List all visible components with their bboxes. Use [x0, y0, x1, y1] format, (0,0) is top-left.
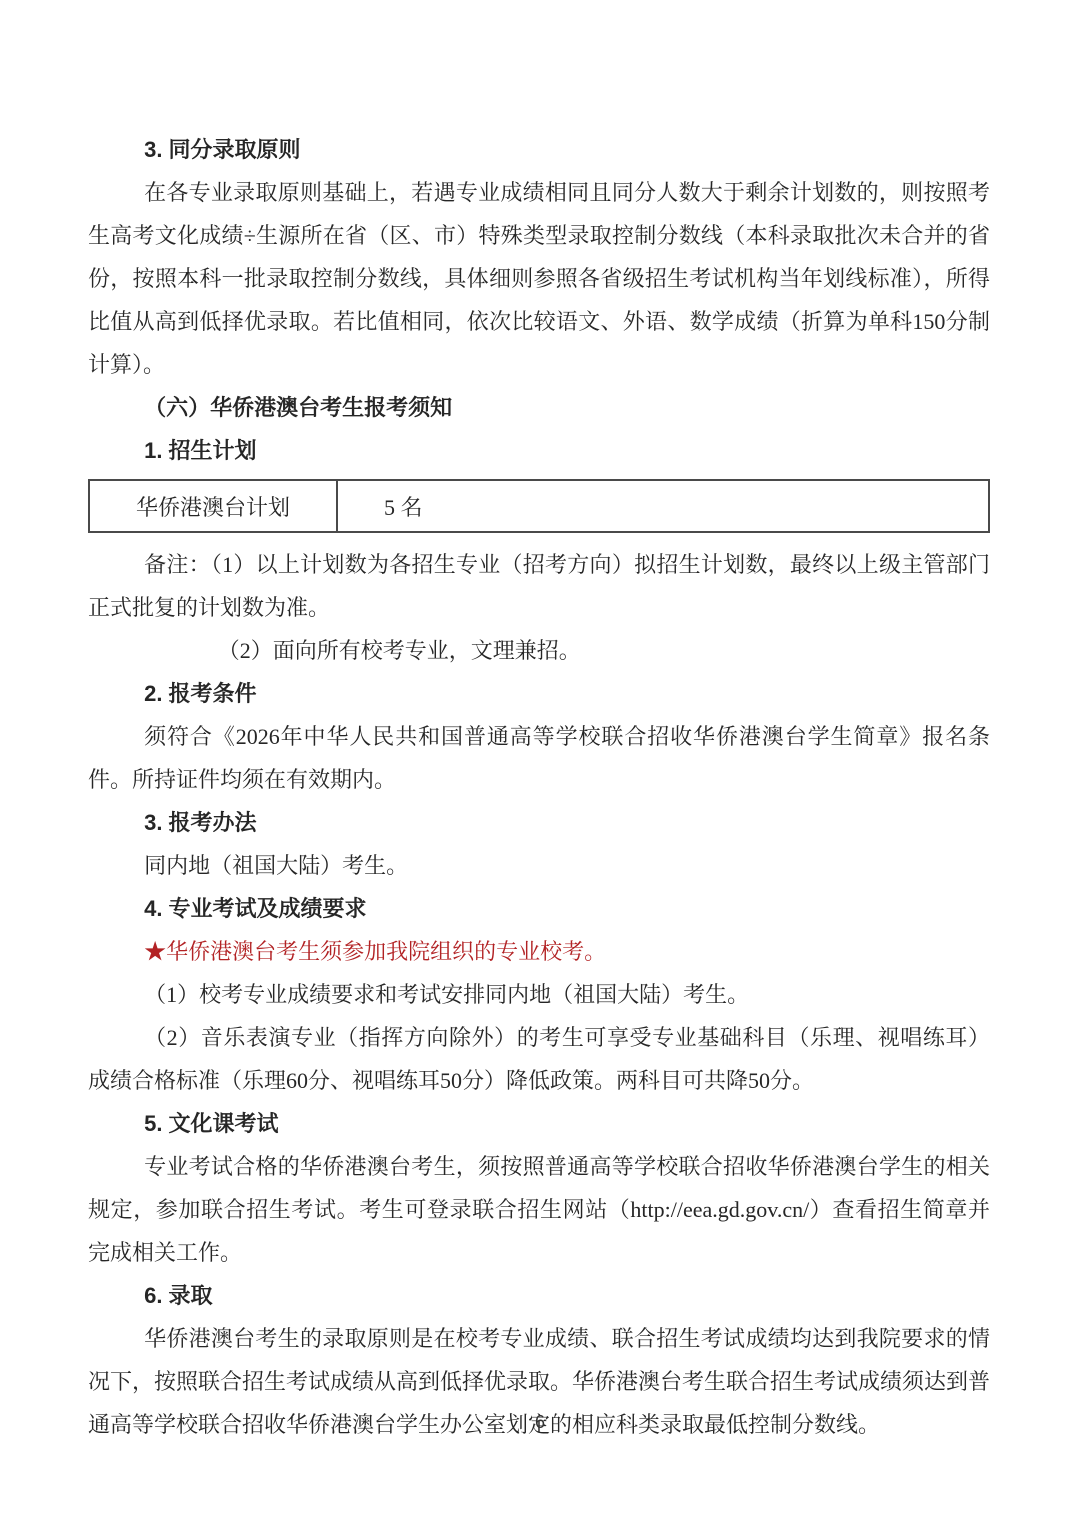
paragraph-exam-item-2: （2）音乐表演专业（指挥方向除外）的考生可享受专业基础科目（乐理、视唱练耳）成绩…	[88, 1016, 990, 1102]
paragraph-application-requirements: 须符合《2026年中华人民共和国普通高等学校联合招收华侨港澳台学生简章》报名条件…	[88, 715, 990, 801]
subsection-heading-admission: 6. 录取	[88, 1274, 990, 1317]
table-row: 华侨港澳台计划 5 名	[89, 480, 989, 532]
paragraph-culture-exam: 专业考试合格的华侨港澳台考生，须按照普通高等学校联合招收华侨港澳台学生的相关规定…	[88, 1145, 990, 1274]
subsection-heading-exam-requirements: 4. 专业考试及成绩要求	[88, 887, 990, 930]
paragraph-exam-item-1: （1）校考专业成绩要求和考试安排同内地（祖国大陆）考生。	[88, 973, 990, 1016]
section-heading-hmt-notice: （六）华侨港澳台考生报考须知	[88, 386, 990, 429]
subsection-heading-enrollment-plan: 1. 招生计划	[88, 429, 990, 472]
table-cell-plan-value: 5 名	[337, 480, 989, 532]
paragraph-same-score-rule: 在各专业录取原则基础上，若遇专业成绩相同且同分人数大于剩余计划数的，则按照考生高…	[88, 171, 990, 386]
enrollment-plan-table: 华侨港澳台计划 5 名	[88, 479, 990, 533]
subsection-heading-application-requirements: 2. 报考条件	[88, 672, 990, 715]
paragraph-star-highlight: ★华侨港澳台考生须参加我院组织的专业校考。	[88, 930, 990, 973]
subsection-heading-culture-exam: 5. 文化课考试	[88, 1102, 990, 1145]
paragraph-note-1: 备注：（1）以上计划数为各招生专业（招考方向）拟招生计划数，最终以上级主管部门正…	[88, 543, 990, 629]
paragraph-application-method: 同内地（祖国大陆）考生。	[88, 844, 990, 887]
document-page: { "colors": { "highlight_red": "#b22224"…	[0, 0, 1080, 1527]
subsection-heading-application-method: 3. 报考办法	[88, 801, 990, 844]
table-cell-plan-label: 华侨港澳台计划	[89, 480, 337, 532]
page-number: 6	[0, 1412, 1080, 1433]
section-heading-same-score-rule: 3. 同分录取原则	[88, 128, 990, 171]
paragraph-note-2: （2）面向所有校考专业，文理兼招。	[88, 629, 990, 672]
page-content: 3. 同分录取原则 在各专业录取原则基础上，若遇专业成绩相同且同分人数大于剩余计…	[88, 128, 990, 1446]
